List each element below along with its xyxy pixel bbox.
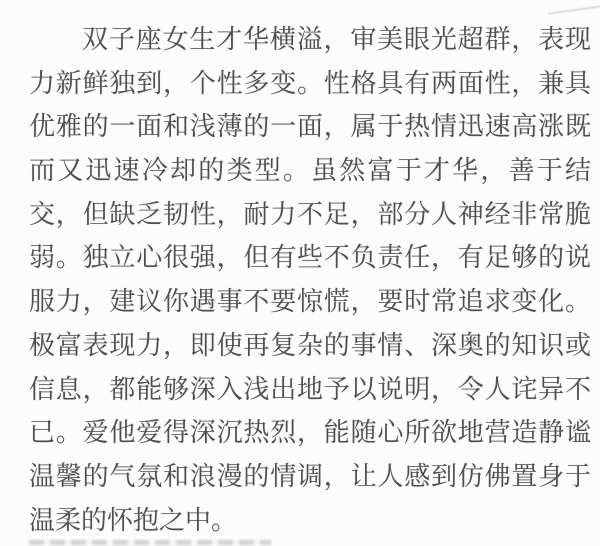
hairline-artifact xyxy=(548,5,600,14)
text-line: 温馨的气氛和浪漫的情调，让人感到仿佛置身于 xyxy=(29,455,591,499)
text-line: 温柔的怀抱之中。 xyxy=(29,499,591,543)
cropped-next-line-smudge xyxy=(29,540,271,545)
text-line: 而又迅速冷却的类型。虽然富于才华，善于结 xyxy=(29,149,591,193)
document-page: 双子座女生才华横溢，审美眼光超群，表现 力新鲜独到，个性多变。性格具有两面性，兼… xyxy=(0,0,600,546)
text-line: 双子座女生才华横溢，审美眼光超群，表现 xyxy=(29,18,591,62)
text-line: 极富表现力，即使再复杂的事情、深奥的知识或 xyxy=(29,324,591,368)
text-line: 服力，建议你遇事不要惊慌，要时常追求变化。 xyxy=(29,280,591,324)
text-line: 已。爱他爱得深沉热烈，能随心所欲地营造静谧 xyxy=(29,411,591,455)
text-line: 力新鲜独到，个性多变。性格具有两面性，兼具 xyxy=(29,62,591,106)
text-line: 弱。独立心很强，但有些不负责任，有足够的说 xyxy=(29,236,591,280)
text-line: 优雅的一面和浅薄的一面，属于热情迅速高涨既 xyxy=(29,105,591,149)
paragraph: 双子座女生才华横溢，审美眼光超群，表现 力新鲜独到，个性多变。性格具有两面性，兼… xyxy=(29,18,591,542)
text-line: 交，但缺乏韧性，耐力不足，部分人神经非常脆 xyxy=(29,193,591,237)
text-line: 信息，都能够深入浅出地予以说明，令人诧异不 xyxy=(29,368,591,412)
